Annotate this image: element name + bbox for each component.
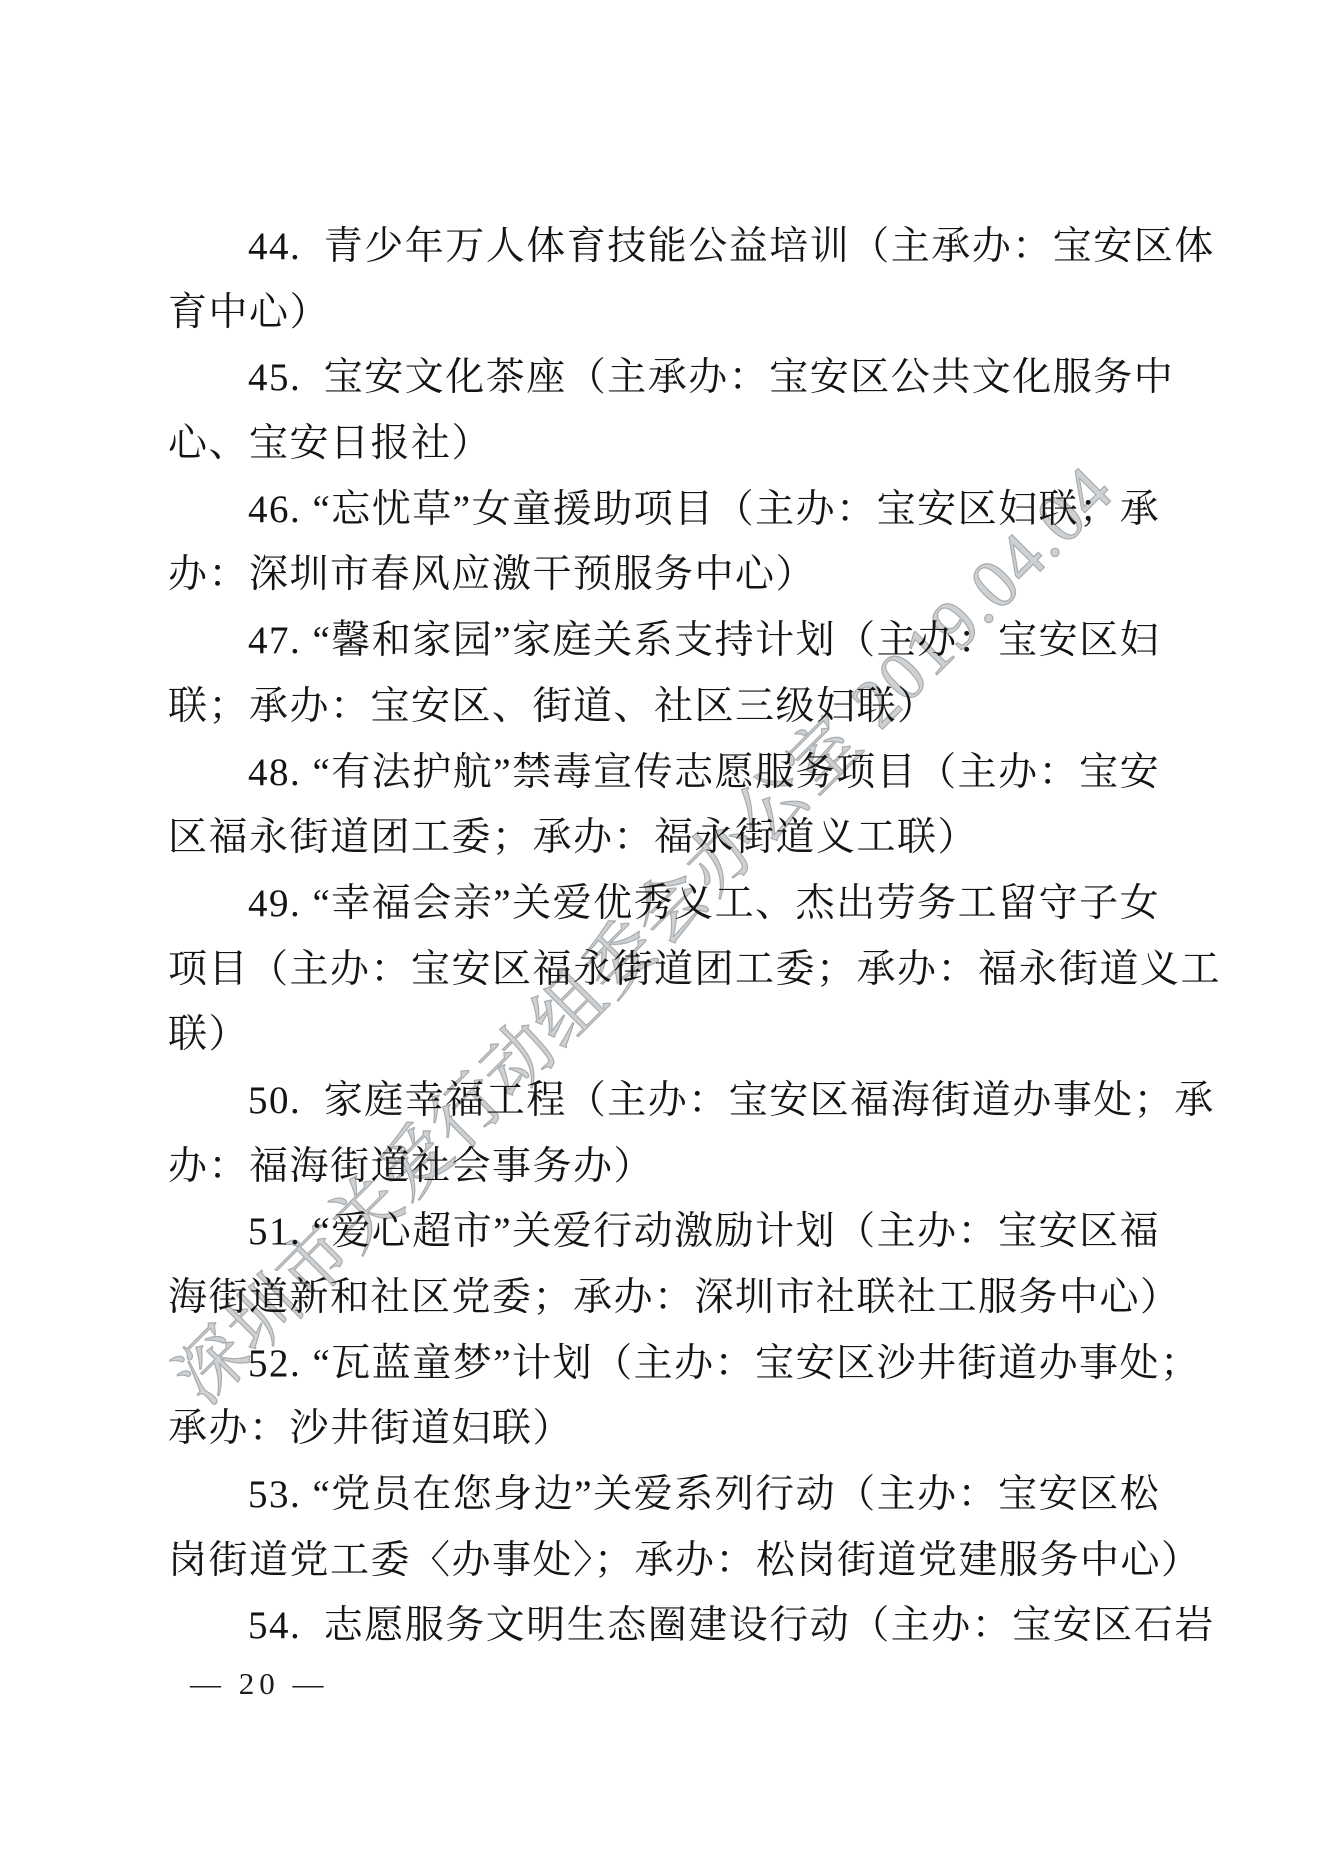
document-body: 44. 青少年万人体育技能公益培训（主承办：宝安区体育中心）45. 宝安文化茶座… [168, 214, 1180, 1659]
page-number: — 20 — [190, 1668, 329, 1699]
body-line: 联） [168, 1002, 1180, 1068]
body-line: 52. “瓦蓝童梦”计划（主办：宝安区沙井街道办事处； [168, 1331, 1180, 1397]
body-line: 49. “幸福会亲”关爱优秀义工、杰出劳务工留守子女 [168, 871, 1180, 937]
body-line: 岗街道党工委〈办事处〉；承办：松岗街道党建服务中心） [168, 1528, 1180, 1594]
body-line: 48. “有法护航”禁毒宣传志愿服务项目（主办：宝安 [168, 740, 1180, 806]
body-line: 45. 宝安文化茶座（主承办：宝安区公共文化服务中 [168, 345, 1180, 411]
body-line: 办：福海街道社会事务办） [168, 1134, 1180, 1200]
body-line: 心、宝安日报社） [168, 411, 1180, 477]
body-line: 海街道新和社区党委；承办：深圳市社联社工服务中心） [168, 1265, 1180, 1331]
body-line: 育中心） [168, 280, 1180, 346]
body-line: 54. 志愿服务文明生态圈建设行动（主办：宝安区石岩 [168, 1593, 1180, 1659]
body-line: 50. 家庭幸福工程（主办：宝安区福海街道办事处；承 [168, 1068, 1180, 1134]
body-line: 承办：沙井街道妇联） [168, 1396, 1180, 1462]
body-line: 办：深圳市春风应激干预服务中心） [168, 542, 1180, 608]
body-line: 47. “馨和家园”家庭关系支持计划（主办：宝安区妇 [168, 608, 1180, 674]
body-line: 项目（主办：宝安区福永街道团工委；承办：福永街道义工 [168, 937, 1180, 1003]
body-line: 联；承办：宝安区、街道、社区三级妇联） [168, 674, 1180, 740]
body-line: 53. “党员在您身边”关爱系列行动（主办：宝安区松 [168, 1462, 1180, 1528]
body-line: 44. 青少年万人体育技能公益培训（主承办：宝安区体 [168, 214, 1180, 280]
body-line: 区福永街道团工委；承办：福永街道义工联） [168, 805, 1180, 871]
body-line: 51. “爱心超市”关爱行动激励计划（主办：宝安区福 [168, 1199, 1180, 1265]
body-line: 46. “忘忧草”女童援助项目（主办：宝安区妇联；承 [168, 477, 1180, 543]
document-page: 深圳市关爱行动组委会办公室 2019.04.04 44. 青少年万人体育技能公益… [0, 0, 1323, 1871]
